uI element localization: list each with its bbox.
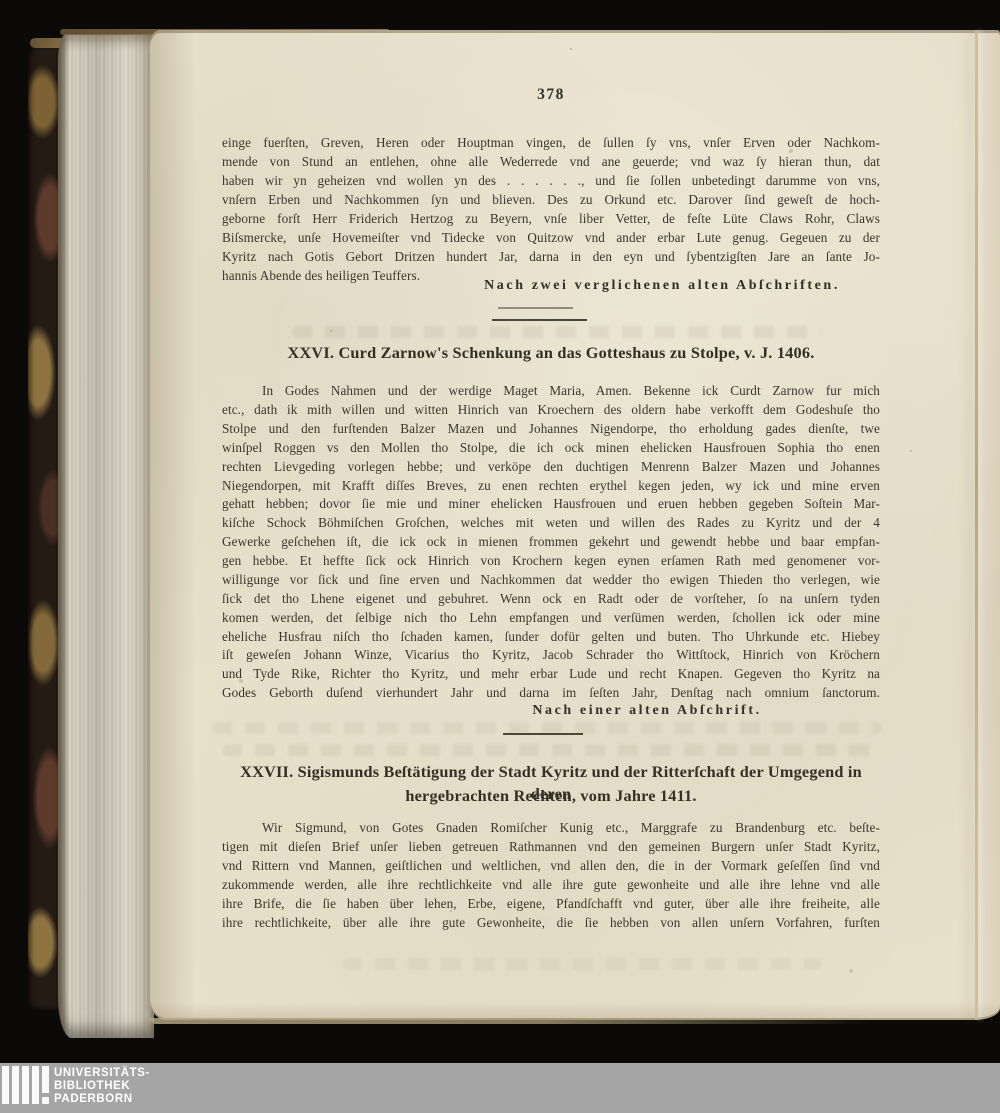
text-line: tigen mit dieſen Brief unſer lieben getr… — [222, 837, 880, 856]
text-line: vnſern Erben und Nachkommen ſyn und blie… — [222, 190, 880, 209]
text-line: einge fuerſten, Greven, Heren oder Houpt… — [222, 133, 880, 152]
text-line: haben wir yn geheizen vnd wollen yn des … — [222, 171, 880, 190]
section-heading-xxvi: XXVI. Curd Zarnow's Schenkung an das Got… — [222, 342, 880, 364]
ink-bleed-artifact — [342, 958, 822, 970]
book-tail-edge — [150, 1018, 870, 1024]
text-line: etc., dath ik mith willen und witten Hin… — [222, 400, 880, 419]
text-line: und Tyde Rike, Richter tho Kyritz, und m… — [222, 664, 880, 683]
library-name-line: BIBLIOTHEK — [54, 1080, 150, 1093]
text-line: mende von Stund an entlehen, ohne alle W… — [222, 152, 880, 171]
scanned-book-page: 378 einge fuerſten, Greven, Heren oder H… — [0, 0, 1000, 1113]
text-line: vnd Rittern vnd Mannen, geiſtlichen und … — [222, 856, 880, 875]
section-divider-rule — [492, 319, 587, 321]
library-name-line: PADERBORN — [54, 1093, 150, 1106]
source-note: Nach einer alten Abſchrift. — [502, 701, 792, 720]
text-line: Gewerke geſchehen iſt, die ick ock in mi… — [222, 532, 880, 551]
text-line: gen hebbe. Et heffte ſick ock Hinrich vo… — [222, 551, 880, 570]
library-logo-icon — [2, 1066, 52, 1110]
ink-bleed-artifact — [292, 326, 822, 338]
paper-specks — [150, 30, 152, 32]
ink-bleed-artifact — [222, 744, 882, 756]
text-line: komen werden, det ſelbige nich tho Lehn … — [222, 608, 880, 627]
text-line: rechten Lievgeding vorlegen hebbe; und v… — [222, 457, 880, 476]
text-line: ſick det tho Lhene eigenet und gebuhret.… — [222, 589, 880, 608]
text-line: ihre Brife, die ſie haben über lehen, Er… — [222, 894, 880, 913]
library-name: UNIVERSITÄTS- BIBLIOTHEK PADERBORN — [54, 1067, 150, 1106]
text-line: zukommende werden, alle ihre rechtlichke… — [222, 875, 880, 894]
section-divider-rule — [503, 733, 583, 735]
text-line: Niegendorpen, mit Krafft diſſes Breves, … — [222, 476, 880, 495]
text-line: Godes Geborth duſend vierhundert Jahr un… — [222, 683, 880, 702]
gutter-crease — [975, 30, 978, 1020]
logo-bar — [2, 1066, 9, 1104]
text-line: winſpel Roggen vs den Mollen tho Stolpe,… — [222, 438, 880, 457]
section-heading-xxvii-line1: XXVII. Sigismunds Beſtätigung der Stadt … — [222, 761, 880, 783]
logo-bar — [32, 1066, 39, 1104]
book-page: 378 einge fuerſten, Greven, Heren oder H… — [150, 30, 1000, 1020]
text-line: Kyritz nach Gotis Gebort Dritzen hundert… — [222, 247, 880, 266]
logo-bar — [22, 1066, 29, 1104]
text-line: kiſche Schock Böhmiſchen Groſchen, welch… — [222, 513, 880, 532]
logo-bar — [12, 1066, 19, 1104]
text-block: 378 einge fuerſten, Greven, Heren oder H… — [222, 30, 880, 990]
section-divider-rule — [498, 307, 573, 309]
section-heading-xxvii-line2: hergebrachten Rechten, vom Jahre 1411. — [222, 785, 880, 807]
text-line: willigunge vor ſick und ſine erven und N… — [222, 570, 880, 589]
text-line: In Godes Nahmen und der werdige Maget Ma… — [222, 381, 880, 400]
library-stamp-band: UNIVERSITÄTS- BIBLIOTHEK PADERBORN — [0, 1063, 1000, 1113]
source-note: Nach zwei verglichenen alten Abſchriften… — [452, 276, 872, 295]
text-line: iſt geweſen Johann Winze, Vicarius tho K… — [222, 645, 880, 664]
text-line: gehatt hebben; dovor ſie mie und miner e… — [222, 494, 880, 513]
page-edge-stack — [58, 34, 154, 1038]
text-line: Biſsmercke, unſe Hovemeiſter vnd Tidecke… — [222, 228, 880, 247]
text-line: ihre rechtlichkeite, über alle ihre gute… — [222, 913, 880, 932]
text-line: Stolpe und den furſtenden Balzer Mazen u… — [222, 419, 880, 438]
library-name-line: UNIVERSITÄTS- — [54, 1067, 150, 1080]
page-number: 378 — [222, 86, 880, 104]
text-line: eheliche Husfrau niſch tho ſchaden kamen… — [222, 627, 880, 646]
text-line: Wir Sigmund, von Gotes Gnaden Romiſcher … — [222, 818, 880, 837]
text-line: geborne forſt Herr Friderich Hertzog zu … — [222, 209, 880, 228]
logo-exclamation-bar — [42, 1066, 49, 1093]
